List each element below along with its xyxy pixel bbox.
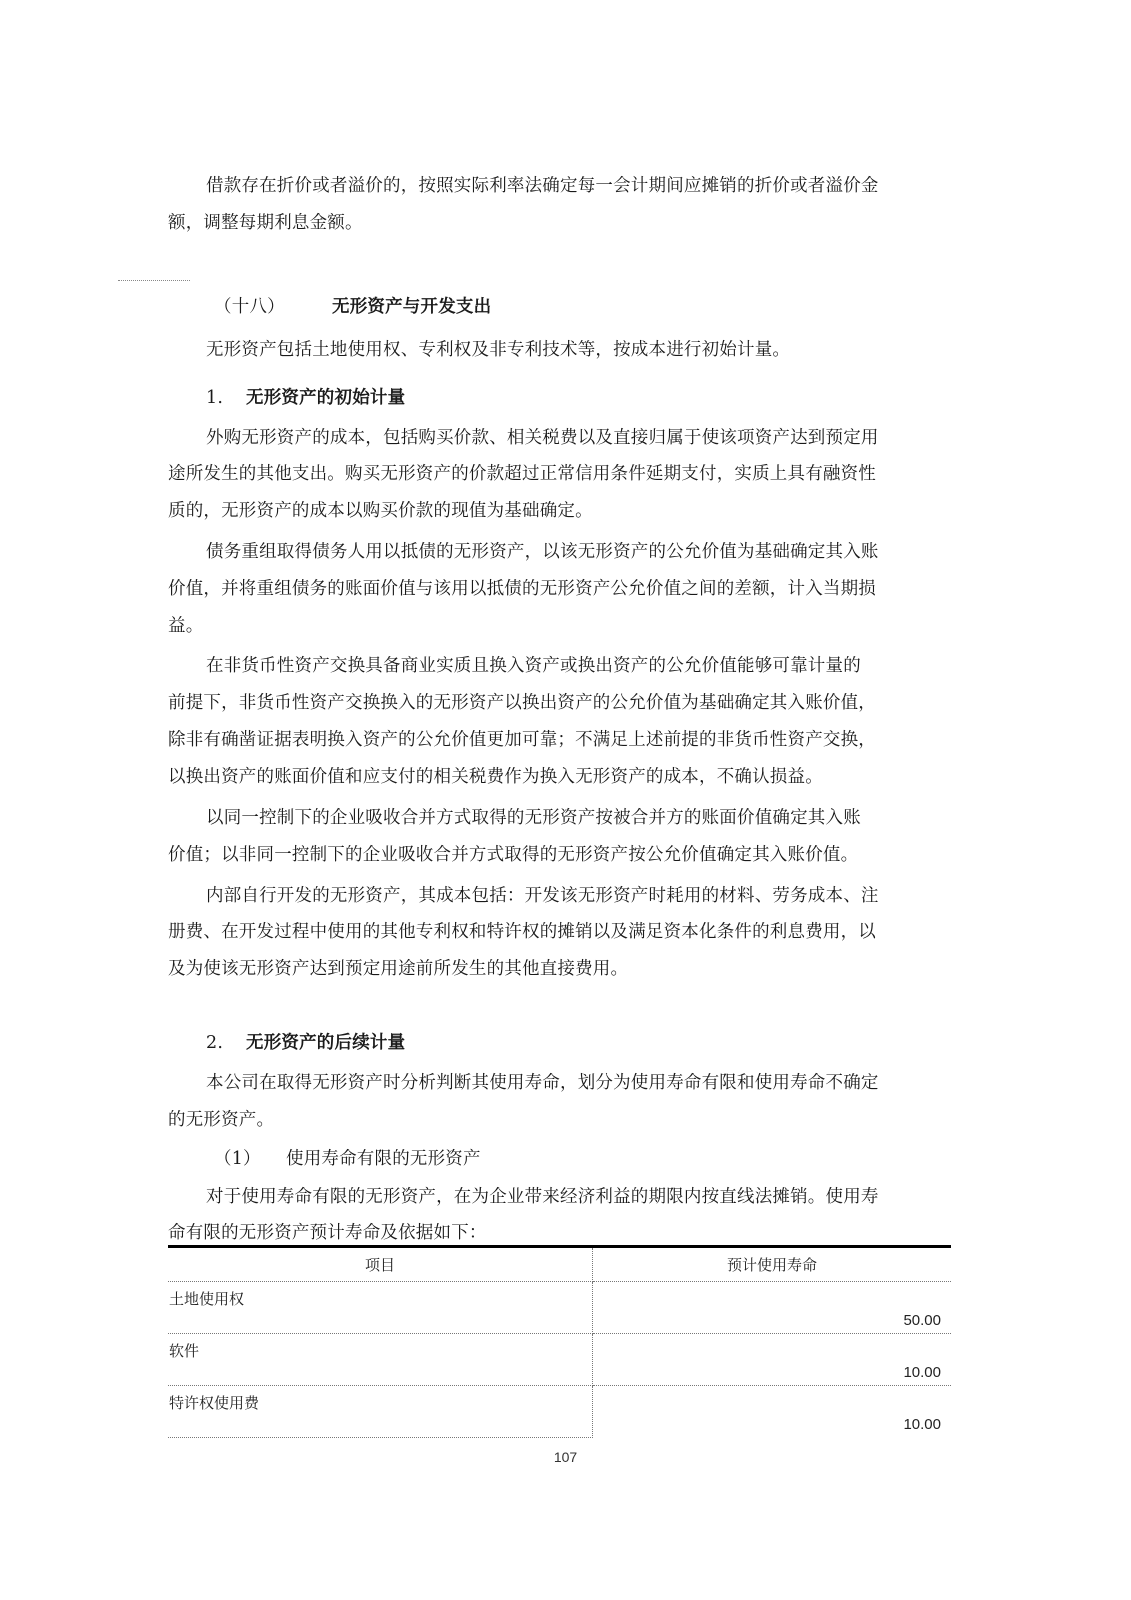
paragraph-line: 及为使该无形资产达到预定用途前所发生的其他直接费用。 [168, 957, 948, 981]
cell-life: 50.00 [593, 1282, 952, 1334]
paragraph-line: 债务重组取得债务人用以抵债的无形资产，以该无形资产的公允价值为基础确定其入账 [206, 540, 986, 564]
paragraph-line: 除非有确凿证据表明换入资产的公允价值更加可靠；不满足上述前提的非货币性资产交换， [168, 728, 948, 752]
paragraph-line: 益。 [168, 614, 948, 638]
paragraph-line: 本公司在取得无形资产时分析判断其使用寿命，划分为使用寿命有限和使用寿命不确定 [206, 1071, 986, 1095]
paragraph-line: 内部自行开发的无形资产，其成本包括：开发该无形资产时耗用的材料、劳务成本、注 [206, 884, 986, 908]
section-number: （十八） [214, 295, 332, 319]
paragraph-line: 册费、在开发过程中使用的其他专利权和特许权的摊销以及满足资本化条件的利息费用，以 [168, 920, 948, 944]
item-title: 使用寿命有限的无形资产 [286, 1149, 481, 1169]
paragraph-line: 在非货币性资产交换具备商业实质且换入资产或换出资产的公允价值能够可靠计量的 [206, 654, 986, 678]
paragraph-line: 以换出资产的账面价值和应支付的相关税费作为换入无形资产的成本，不确认损益。 [168, 765, 948, 789]
useful-life-table: 项目 预计使用寿命 土地使用权 50.00 软件 10.00 特许权使用费 10… [168, 1245, 951, 1438]
subsection-title: 无形资产的初始计量 [246, 388, 405, 408]
item-number: （1） [214, 1147, 286, 1171]
paragraph-line: 的无形资产。 [168, 1108, 948, 1132]
section-title: 无形资产与开发支出 [332, 297, 491, 317]
paragraph-line: 质的，无形资产的成本以购买价款的现值为基础确定。 [168, 499, 948, 523]
table-header-row: 项目 预计使用寿命 [168, 1247, 951, 1282]
column-header-item: 项目 [168, 1247, 593, 1282]
column-header-life: 预计使用寿命 [593, 1247, 952, 1282]
subsection-number: 1. [206, 386, 246, 410]
table-row: 土地使用权 50.00 [168, 1282, 951, 1334]
paragraph-line: 以同一控制下的企业吸收合并方式取得的无形资产按被合并方的账面价值确定其入账 [206, 806, 986, 830]
subsection-heading-1: 1.无形资产的初始计量 [206, 386, 986, 410]
paragraph-line: 对于使用寿命有限的无形资产，在为企业带来经济利益的期限内按直线法摊销。使用寿 [206, 1185, 986, 1209]
section-intro: 无形资产包括土地使用权、专利权及非专利技术等，按成本进行初始计量。 [206, 338, 986, 362]
cell-item: 特许权使用费 [168, 1386, 593, 1438]
page-number: 107 [0, 1449, 1131, 1465]
cell-item: 软件 [168, 1334, 593, 1386]
subsection-title: 无形资产的后续计量 [246, 1033, 405, 1053]
table-row: 软件 10.00 [168, 1334, 951, 1386]
item-heading: （1）使用寿命有限的无形资产 [214, 1147, 994, 1171]
paragraph-line: 命有限的无形资产预计寿命及依据如下： [168, 1221, 948, 1245]
cell-life: 10.00 [593, 1334, 952, 1386]
document-page: 借款存在折价或者溢价的，按照实际利率法确定每一会计期间应摊销的折价或者溢价金 额… [0, 0, 1131, 1600]
subsection-number: 2. [206, 1031, 246, 1055]
cell-life: 10.00 [593, 1386, 952, 1438]
paragraph-line: 途所发生的其他支出。购买无形资产的价款超过正常信用条件延期支付，实质上具有融资性 [168, 462, 948, 486]
section-heading: （十八）无形资产与开发支出 [214, 295, 994, 319]
paragraph-line: 前提下，非货币性资产交换换入的无形资产以换出资产的公允价值为基础确定其入账价值， [168, 691, 948, 715]
paragraph-line: 额，调整每期利息金额。 [168, 211, 948, 235]
subsection-heading-2: 2.无形资产的后续计量 [206, 1031, 986, 1055]
paragraph-line: 价值，并将重组债务的账面价值与该用以抵债的无形资产公允价值之间的差额，计入当期损 [168, 577, 948, 601]
paragraph-line: 外购无形资产的成本，包括购买价款、相关税费以及直接归属于使该项资产达到预定用 [206, 426, 986, 450]
cell-item: 土地使用权 [168, 1282, 593, 1334]
dotted-divider [118, 280, 190, 281]
paragraph-line: 价值；以非同一控制下的企业吸收合并方式取得的无形资产按公允价值确定其入账价值。 [168, 843, 948, 867]
table-row: 特许权使用费 10.00 [168, 1386, 951, 1438]
paragraph-line: 借款存在折价或者溢价的，按照实际利率法确定每一会计期间应摊销的折价或者溢价金 [206, 174, 986, 198]
